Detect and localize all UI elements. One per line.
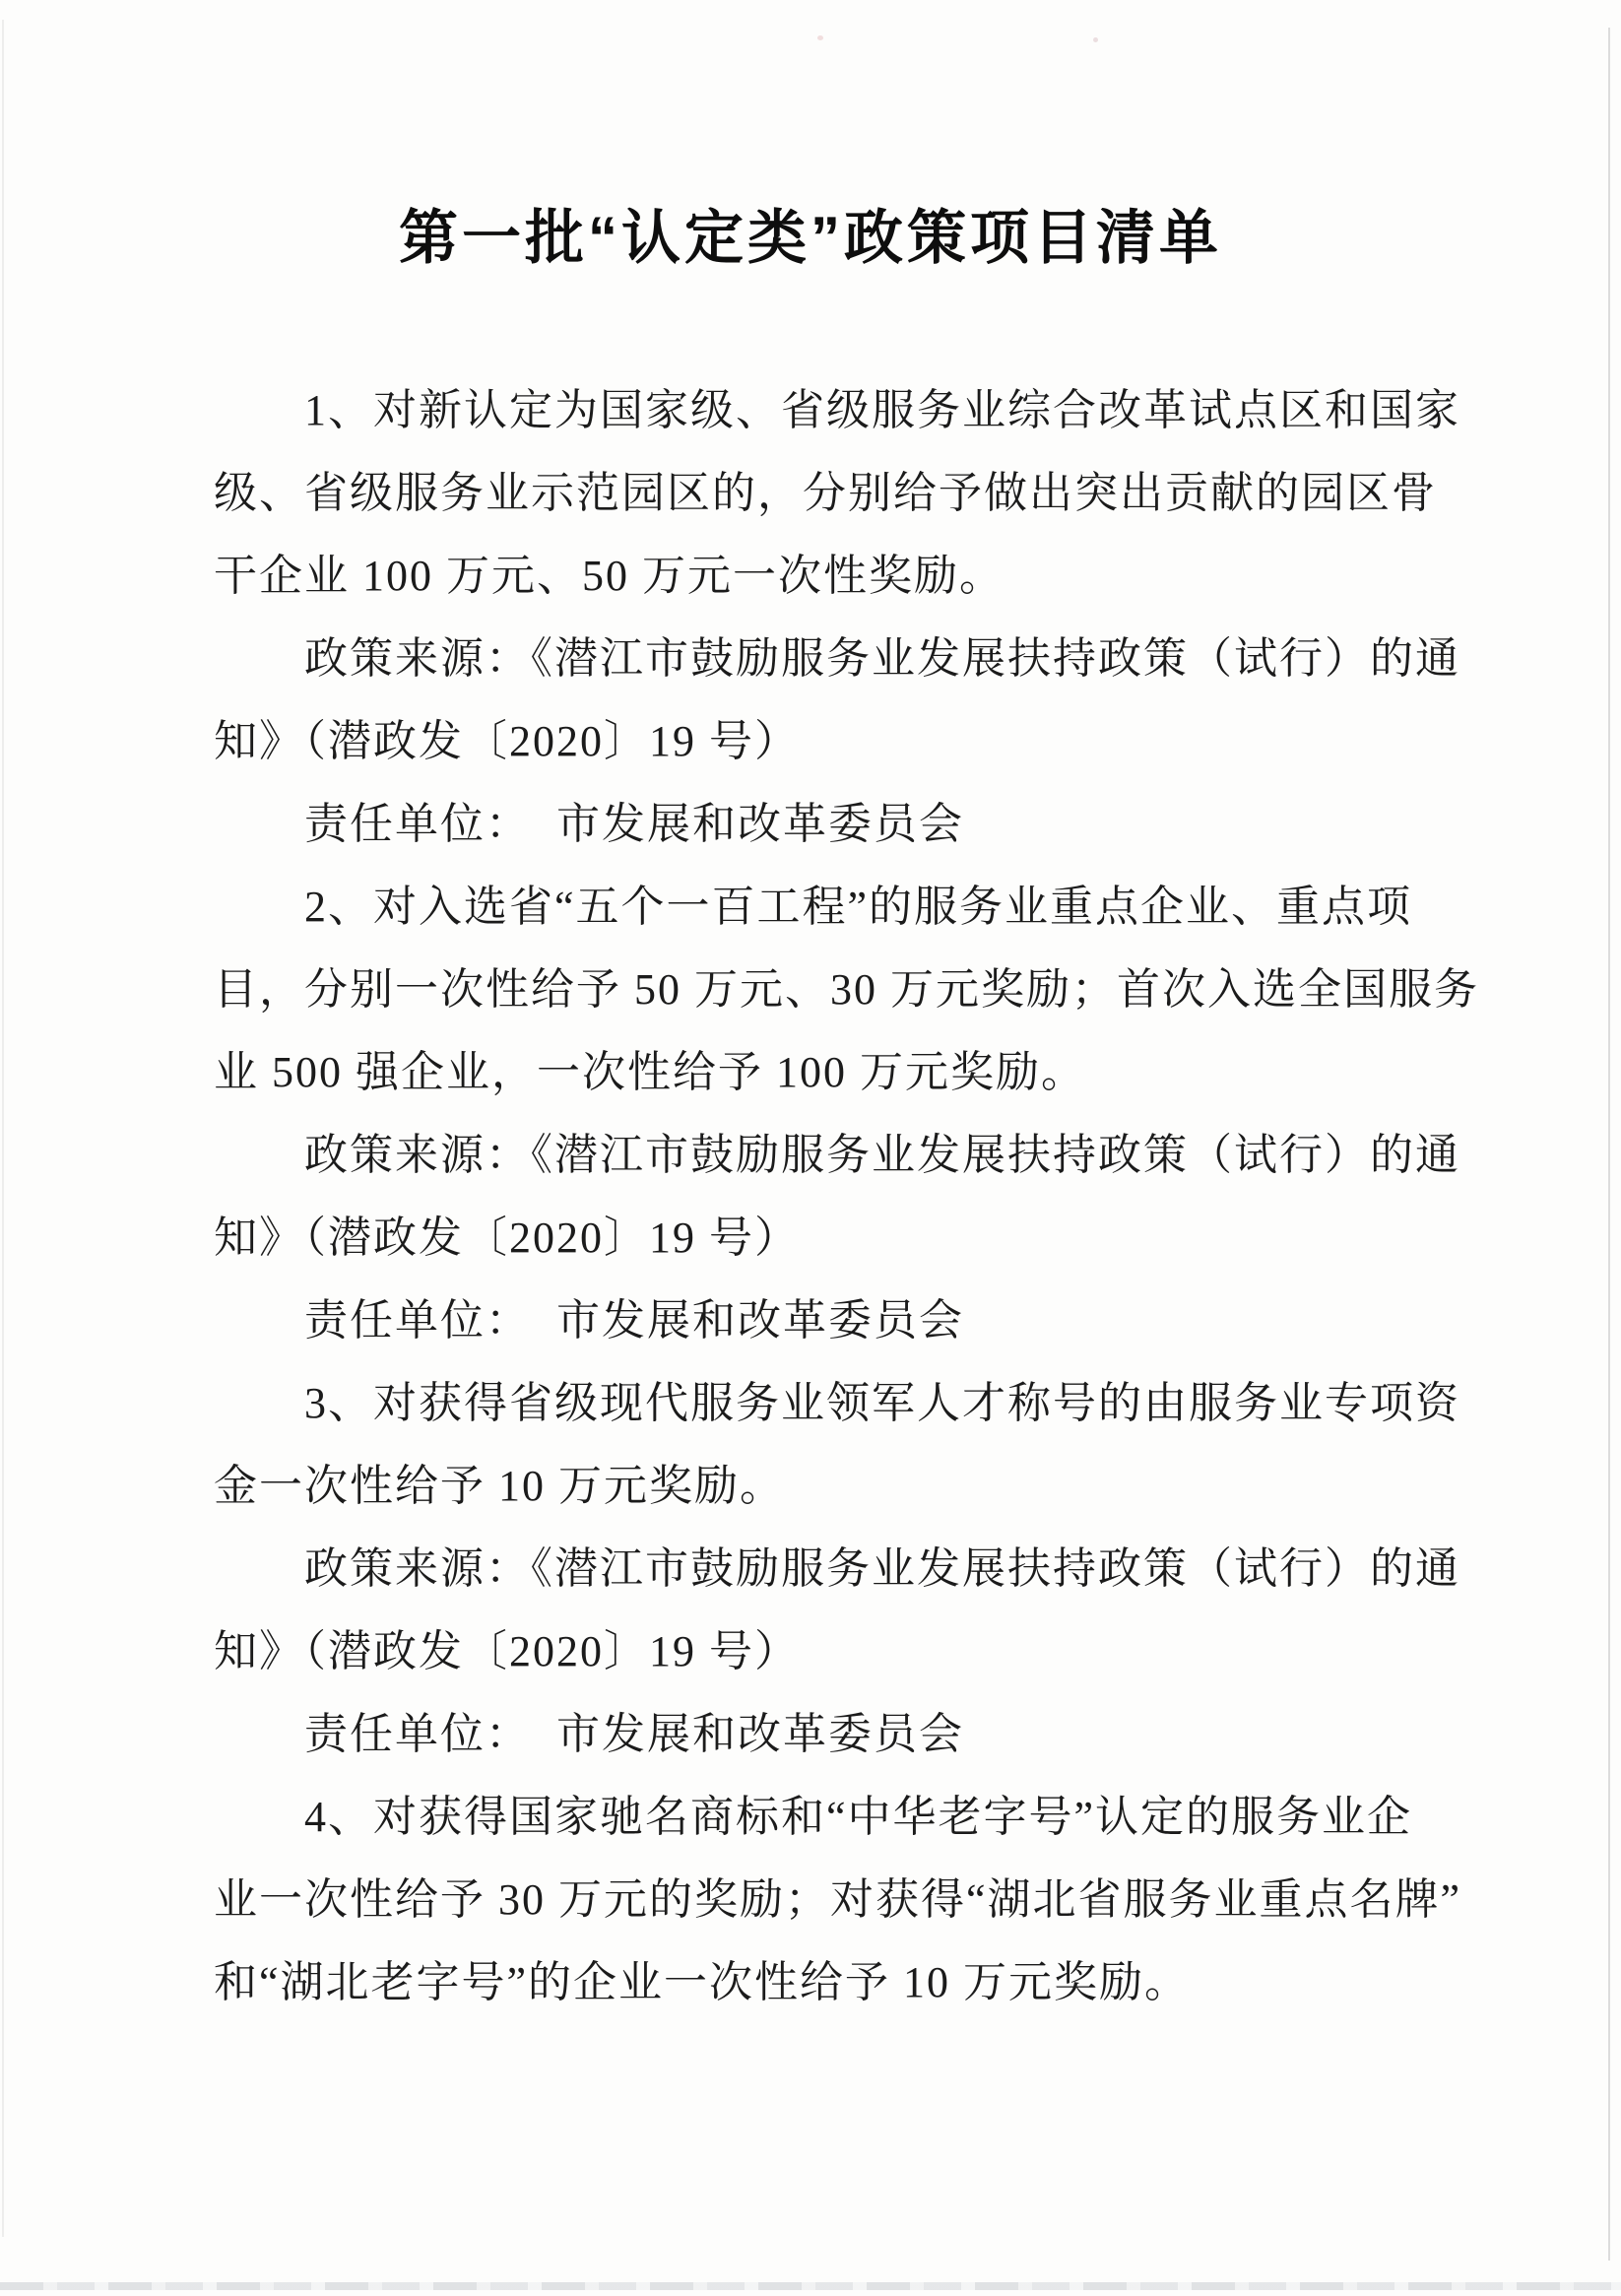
document-body: 1、对新认定为国家级、省级服务业综合改革试点区和国家 级、省级服务业示范园区的，… <box>214 369 1484 2024</box>
item4-line3: 和“湖北老字号”的企业一次性给予 10 万元奖励。 <box>214 1941 1484 2024</box>
item1-line1: 1、对新认定为国家级、省级服务业综合改革试点区和国家 <box>214 369 1484 452</box>
item1-line3: 干企业 100 万元、50 万元一次性奖励。 <box>214 535 1484 618</box>
policy-source-line1: 政策来源：《潜江市鼓励服务业发展扶持政策（试行）的通 <box>214 1114 1484 1197</box>
item3-line1: 3、对获得省级现代服务业领军人才称号的由服务业专项资 <box>214 1362 1484 1445</box>
policy-source-line1: 政策来源：《潜江市鼓励服务业发展扶持政策（试行）的通 <box>214 618 1484 700</box>
item2-line3: 业 500 强企业，一次性给予 100 万元奖励。 <box>214 1031 1484 1114</box>
document-title: 第一批“认定类”政策项目清单 <box>0 197 1621 280</box>
scanned-document-page: 第一批“认定类”政策项目清单 1、对新认定为国家级、省级服务业综合改革试点区和国… <box>0 0 1621 2296</box>
item1-line2: 级、省级服务业示范园区的，分别给予做出突出贡献的园区骨 <box>214 452 1484 535</box>
scan-bottom-edge-artifact <box>0 2282 1621 2290</box>
scan-right-edge-artifact <box>1608 28 1610 2261</box>
item4-line2: 业一次性给予 30 万元的奖励；对获得“湖北省服务业重点名牌” <box>214 1859 1484 1941</box>
item2-line1: 2、对入选省“五个一百工程”的服务业重点企业、重点项 <box>214 866 1484 949</box>
policy-source-line2: 知》（潜政发〔2020〕19 号） <box>214 1197 1484 1279</box>
scan-left-edge-artifact <box>2 20 4 2237</box>
scan-speck-artifact <box>1093 37 1098 42</box>
scan-speck-artifact <box>817 35 823 40</box>
item2-line2: 目，分别一次性给予 50 万元、30 万元奖励；首次入选全国服务 <box>214 949 1484 1031</box>
responsible-unit-line: 责任单位： 市发展和改革委员会 <box>214 783 1484 866</box>
item4-line1: 4、对获得国家驰名商标和“中华老字号”认定的服务业企 <box>214 1776 1484 1859</box>
item3-line2: 金一次性给予 10 万元奖励。 <box>214 1445 1484 1528</box>
responsible-unit-line: 责任单位： 市发展和改革委员会 <box>214 1279 1484 1362</box>
policy-source-line2: 知》（潜政发〔2020〕19 号） <box>214 1610 1484 1693</box>
policy-source-line2: 知》（潜政发〔2020〕19 号） <box>214 700 1484 783</box>
responsible-unit-line: 责任单位： 市发展和改革委员会 <box>214 1693 1484 1776</box>
policy-source-line1: 政策来源：《潜江市鼓励服务业发展扶持政策（试行）的通 <box>214 1528 1484 1610</box>
